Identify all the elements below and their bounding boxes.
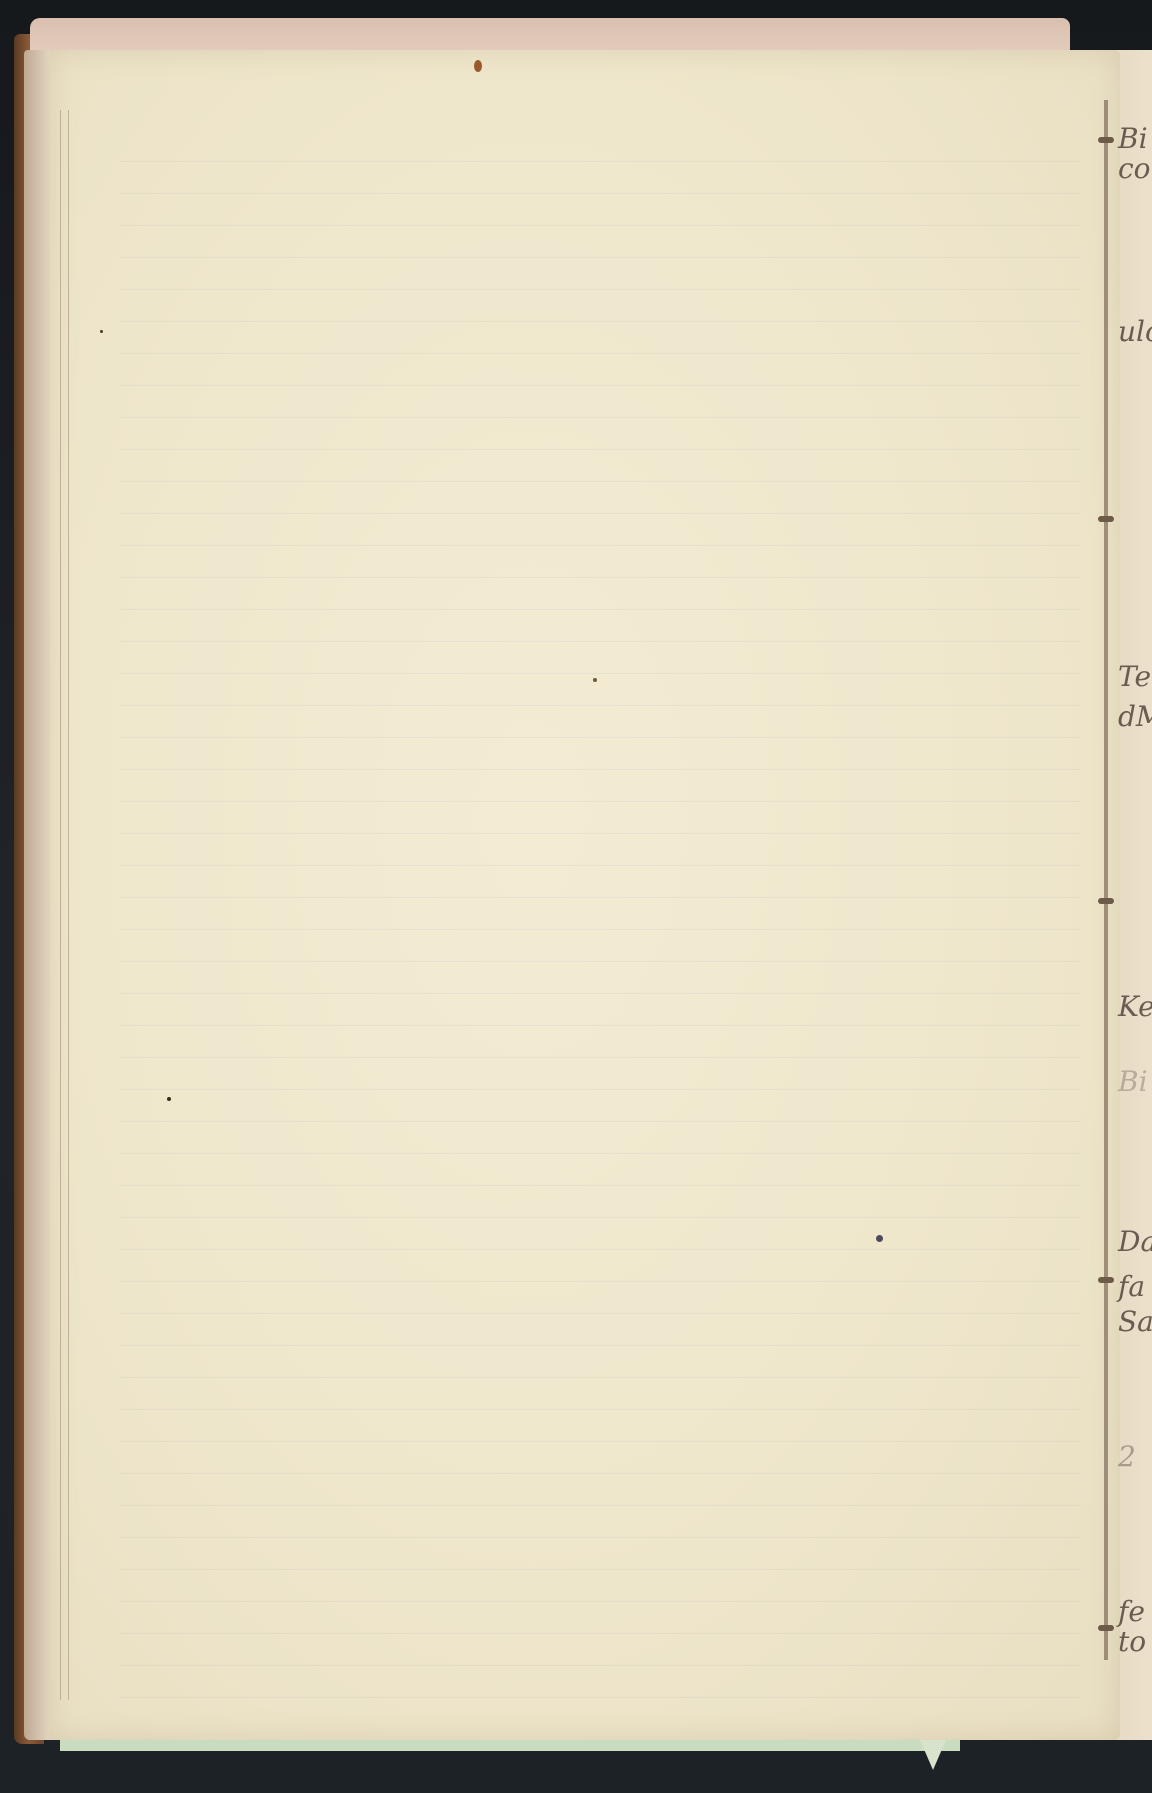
binding-thread bbox=[1104, 100, 1108, 1660]
edge-handwriting: Bi bbox=[1118, 122, 1148, 155]
edge-handwriting: fa bbox=[1118, 1270, 1145, 1303]
edge-handwriting: Da bbox=[1118, 1225, 1152, 1258]
ink-spot bbox=[474, 60, 482, 72]
margin-rule-outer bbox=[60, 110, 61, 1700]
edge-handwriting: Ke bbox=[1118, 990, 1152, 1023]
edge-handwriting: to bbox=[1118, 1625, 1146, 1658]
margin-rule-inner bbox=[68, 110, 69, 1700]
edge-handwriting: fe bbox=[1118, 1595, 1145, 1628]
blank-ledger-page bbox=[50, 50, 1120, 1740]
edge-handwriting: Sa bbox=[1118, 1305, 1152, 1338]
binding-stitch bbox=[1098, 1277, 1114, 1283]
edge-handwriting: con bbox=[1118, 152, 1152, 185]
edge-handwriting: Bi bbox=[1118, 1065, 1148, 1098]
edge-handwriting: dMi bbox=[1118, 700, 1152, 733]
binding-stitch bbox=[1098, 137, 1114, 143]
ink-spot bbox=[100, 330, 103, 333]
binding-stitch bbox=[1098, 1625, 1114, 1631]
edge-handwriting: Te bbox=[1118, 660, 1151, 693]
binding-stitch bbox=[1098, 516, 1114, 522]
binding-stitch bbox=[1098, 898, 1114, 904]
ink-spot bbox=[167, 1097, 171, 1101]
edge-handwriting: ulo bbox=[1118, 315, 1152, 348]
ink-spot bbox=[593, 678, 597, 682]
faint-ruled-lines bbox=[120, 130, 1080, 1700]
ink-spot bbox=[876, 1235, 883, 1242]
edge-handwriting: 2 bbox=[1118, 1440, 1136, 1473]
